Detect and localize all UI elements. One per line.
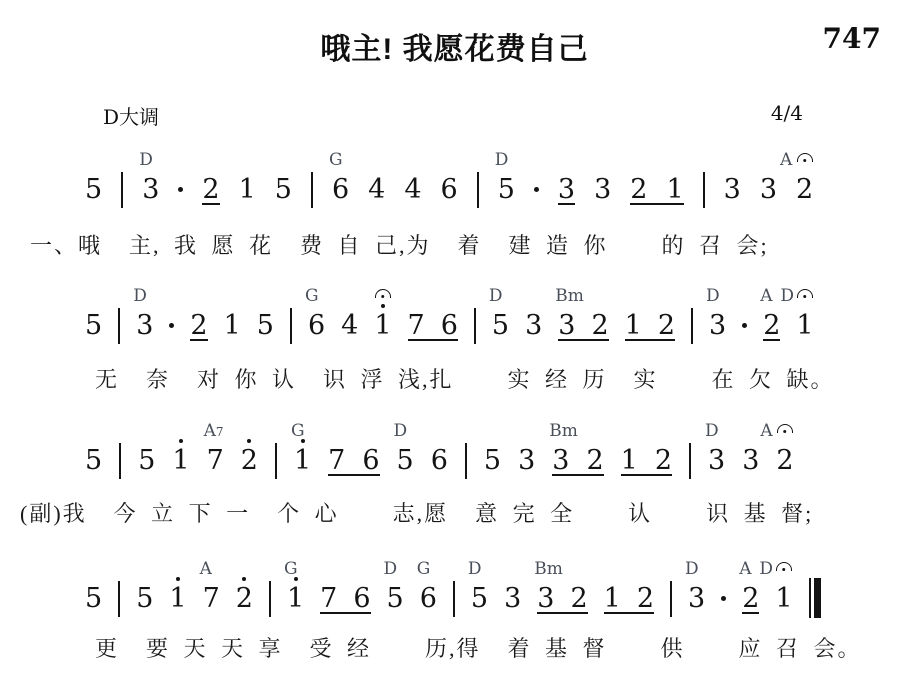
note: 2 [202, 176, 219, 203]
note-digit: 2 [776, 447, 793, 474]
barline [118, 581, 120, 617]
note-digit: 5 [275, 176, 292, 203]
note-group: G6 [420, 585, 437, 612]
note: 1 [169, 585, 186, 612]
chord-char: G [284, 559, 298, 579]
barline [269, 581, 271, 617]
note-digit: 1 [621, 447, 638, 474]
note-group: 3 [594, 176, 611, 203]
note-digit: 5 [136, 585, 153, 612]
note-digit: 1 [169, 585, 186, 612]
note-digit: 5 [484, 447, 501, 474]
fermata-icon [797, 153, 813, 162]
note-group: 4 [368, 176, 385, 203]
note: 3 [742, 447, 759, 474]
chord-char: D [133, 286, 147, 306]
barline [465, 443, 467, 479]
note-digit: 2 [658, 312, 675, 339]
note-digit: 3 [724, 176, 741, 203]
note: A7 [203, 585, 220, 612]
chord-char: m [562, 421, 578, 441]
music-row-4: 551A72G176D5G6D53Bm3212D3A2D1 [85, 578, 821, 612]
note-group: 5 [275, 176, 292, 203]
note: G6 [420, 585, 437, 612]
chord-char: D [139, 150, 153, 170]
note-group: 3 [724, 176, 741, 203]
underline-group: 3 [558, 176, 575, 205]
underline-group: Bm32 [552, 447, 603, 476]
note: 1 [239, 176, 256, 203]
note-group: 4 [341, 312, 358, 339]
note: 2 [637, 585, 654, 612]
note-digit: 1 [294, 447, 311, 474]
chord-label: A [760, 423, 772, 440]
note-group: 2 [236, 585, 253, 612]
barline [290, 308, 292, 344]
hymn-sheet-page: 哦主! 我愿花费自己 747 D大调 4/4 5D3215G6446D53321… [0, 0, 909, 697]
chord-label: D [133, 288, 147, 305]
note-group: 5 [138, 447, 155, 474]
note-digit: 4 [404, 176, 421, 203]
chord-char: A [200, 559, 212, 579]
chord-label: A7 [204, 423, 224, 440]
underline-group: Bm32 [558, 312, 608, 341]
chord-char: G [291, 421, 305, 441]
note: 4 [404, 176, 421, 203]
barline [311, 172, 313, 208]
note-digit: 6 [362, 447, 379, 474]
note: 6 [441, 312, 458, 339]
note-digit: 3 [558, 312, 575, 339]
chord-label: D [685, 561, 699, 578]
barline [670, 581, 672, 617]
note: 1 [374, 312, 391, 339]
note: 3 [558, 176, 575, 203]
note-digit: 7 [320, 585, 337, 612]
note: 5 [257, 312, 274, 339]
note: 2 [570, 585, 587, 612]
chord-label: D [394, 423, 408, 440]
note-group: D5 [492, 312, 509, 339]
time-signature: 4/4 [771, 101, 803, 125]
chord-label: Bm [534, 561, 563, 578]
chord-char: 7 [216, 425, 224, 439]
note-digit: 3 [525, 312, 542, 339]
note: G1 [287, 585, 304, 612]
note: 4 [341, 312, 358, 339]
chord-char: A [780, 150, 792, 170]
note-group: 5 [85, 585, 102, 612]
chord-label: A [780, 152, 792, 169]
note: 2 [236, 585, 253, 612]
note-digit: 2 [796, 176, 813, 203]
chord-label: D [759, 561, 773, 578]
note-group: G6 [308, 312, 325, 339]
note: 6 [362, 447, 379, 474]
note-group: 1 [169, 585, 186, 612]
note-group: D5 [471, 585, 488, 612]
note-group: A2 [796, 176, 813, 203]
barline [703, 172, 705, 208]
fermata-icon [797, 289, 813, 298]
note: D1 [775, 585, 792, 612]
underline-group: A2 [742, 585, 759, 614]
note: 7 [408, 312, 425, 339]
underline-group: 2 [190, 312, 207, 341]
note: D3 [136, 312, 153, 339]
note: 3 [518, 447, 535, 474]
chord-label: D [468, 561, 482, 578]
note: D5 [387, 585, 404, 612]
octave-dot [179, 439, 183, 443]
note-group: 4 [404, 176, 421, 203]
note-digit: 3 [558, 176, 575, 203]
note: 2 [241, 447, 258, 474]
note-group: A2 [776, 447, 793, 474]
hymn-number: 747 [823, 22, 881, 55]
note-group: G1 [294, 447, 311, 474]
lyrics-line-1: 一、哦 主, 我 愿 花 费 自 己,为 着 建 造 你 的 召 会; [30, 233, 769, 259]
note-digit: 1 [796, 312, 813, 339]
note: 5 [275, 176, 292, 203]
chord-char: D [495, 150, 509, 170]
octave-dot [242, 577, 246, 581]
underline-group: 76 [408, 312, 458, 341]
note: 1 [604, 585, 621, 612]
note-digit: 1 [239, 176, 256, 203]
note: Bm3 [558, 312, 575, 339]
note: Bm3 [537, 585, 554, 612]
chord-char: D [394, 421, 408, 441]
barline [119, 443, 121, 479]
chord-label: A [760, 288, 772, 305]
music-row-1: 5D3215G6446D5332133A2 [85, 172, 813, 203]
note-digit: 6 [441, 176, 458, 203]
chord-char: B [549, 421, 562, 441]
note-digit: 1 [604, 585, 621, 612]
note-digit: 3 [537, 585, 554, 612]
note-digit: 2 [763, 312, 780, 339]
note-digit: 1 [224, 312, 241, 339]
note: D1 [796, 312, 813, 339]
chord-char: m [568, 286, 584, 306]
note-digit: 6 [441, 312, 458, 339]
octave-dot [247, 439, 251, 443]
note-digit: 2 [241, 447, 258, 474]
note: 5 [85, 585, 102, 612]
chord-label: D [780, 288, 794, 305]
note-digit: 2 [591, 312, 608, 339]
note-digit: 5 [498, 176, 515, 203]
note-digit: 3 [742, 447, 759, 474]
note-group: 2 [241, 447, 258, 474]
note: 3 [525, 312, 542, 339]
underline-group: 21 [630, 176, 683, 205]
note: 5 [484, 447, 501, 474]
octave-dot [381, 304, 385, 308]
note: 2 [655, 447, 672, 474]
note-digit: 6 [353, 585, 370, 612]
note-digit: 3 [136, 312, 153, 339]
note: D3 [708, 447, 725, 474]
note: 5 [85, 312, 102, 339]
note-group: 3 [760, 176, 777, 203]
note-digit: 7 [328, 447, 345, 474]
note-digit: 5 [85, 585, 102, 612]
note-group: 3 [518, 447, 535, 474]
note-group: 5 [85, 447, 102, 474]
chord-char: D [685, 559, 699, 579]
note-digit: 6 [332, 176, 349, 203]
note-digit: 3 [760, 176, 777, 203]
note: A77 [207, 447, 224, 474]
chord-char: D [706, 286, 720, 306]
note: A2 [776, 447, 793, 474]
note-group: D5 [387, 585, 404, 612]
note-digit: 1 [172, 447, 189, 474]
octave-dot [301, 439, 305, 443]
note: 3 [724, 176, 741, 203]
note-digit: 1 [287, 585, 304, 612]
note: Bm3 [552, 447, 569, 474]
note-digit: 5 [257, 312, 274, 339]
underline-group: 12 [625, 312, 675, 341]
key-signature: D大调 [103, 101, 159, 130]
augmentation-dot [169, 323, 174, 328]
note: 1 [224, 312, 241, 339]
chord-char: D [468, 559, 482, 579]
note: 3 [594, 176, 611, 203]
barline [453, 581, 455, 617]
note-group: 5 [136, 585, 153, 612]
note-digit: 5 [85, 447, 102, 474]
underline-group: 76 [320, 585, 370, 614]
note-digit: 3 [552, 447, 569, 474]
note-digit: 1 [625, 312, 642, 339]
octave-dot [176, 577, 180, 581]
lyrics-line-2: 无 奈 对 你 认 识 浮 浅,扎 实 经 历 实 在 欠 缺。 [95, 367, 835, 393]
note-group: 3 [525, 312, 542, 339]
note-digit: 3 [708, 447, 725, 474]
chord-char: A [760, 286, 772, 306]
note-digit: 6 [431, 447, 448, 474]
note-digit: 2 [630, 176, 647, 203]
note-group: 6 [431, 447, 448, 474]
barline [275, 443, 277, 479]
chord-char: B [534, 559, 547, 579]
chord-label: D [705, 423, 719, 440]
note-group: 1 [224, 312, 241, 339]
note: A2 [763, 312, 780, 339]
note-group: A77 [207, 447, 224, 474]
chord-char: D [780, 286, 794, 306]
note-digit: 1 [666, 176, 683, 203]
note-group: G6 [332, 176, 349, 203]
note-group: D5 [498, 176, 515, 203]
note: 6 [431, 447, 448, 474]
note-digit: 7 [203, 585, 220, 612]
augmentation-dot [534, 187, 539, 192]
barline [121, 172, 123, 208]
note: 7 [320, 585, 337, 612]
lyrics-line-4: 更 要 天 天 享 受 经 历,得 着 基 督 供 应 召 会。 [95, 636, 862, 662]
augmentation-dot [742, 323, 747, 328]
chord-char: G [329, 150, 343, 170]
lyrics-line-3: (副)我 今 立 下 一 个 心 志,愿 意 完 全 认 识 基 督; [20, 501, 813, 527]
chord-label: G [417, 561, 431, 578]
note-digit: 2 [655, 447, 672, 474]
note-group: D1 [796, 312, 813, 339]
note-digit: 4 [368, 176, 385, 203]
underline-group: 12 [621, 447, 672, 476]
note: 5 [85, 176, 102, 203]
note-digit: 3 [518, 447, 535, 474]
note: 5 [138, 447, 155, 474]
fermata-icon [776, 562, 792, 571]
barline [477, 172, 479, 208]
note-group: 5 [85, 176, 102, 203]
note-digit: 5 [85, 312, 102, 339]
note-group: 3 [504, 585, 521, 612]
note-group: D3 [136, 312, 153, 339]
chord-label: G [291, 423, 305, 440]
note: 5 [136, 585, 153, 612]
note: A2 [742, 585, 759, 612]
note-digit: 6 [308, 312, 325, 339]
note-digit: 5 [397, 447, 414, 474]
note-group: 5 [85, 312, 102, 339]
underline-group: Bm32 [537, 585, 587, 614]
note-digit: 2 [236, 585, 253, 612]
note-group: 1 [172, 447, 189, 474]
note: 1 [666, 176, 683, 203]
chord-char: B [555, 286, 568, 306]
chord-label: G [329, 152, 343, 169]
underline-group: 76 [328, 447, 379, 476]
chord-char: D [489, 286, 503, 306]
note-group: 6 [441, 176, 458, 203]
note: A2 [796, 176, 813, 203]
note: D5 [471, 585, 488, 612]
hymn-title: 哦主! 我愿花费自己 [0, 24, 909, 68]
note: 1 [625, 312, 642, 339]
note-group: D3 [708, 447, 725, 474]
note-group: D3 [142, 176, 159, 203]
note: 2 [586, 447, 603, 474]
note: 2 [591, 312, 608, 339]
note: G6 [308, 312, 325, 339]
note-digit: 6 [420, 585, 437, 612]
note-digit: 5 [492, 312, 509, 339]
note: G1 [294, 447, 311, 474]
note-digit: 2 [586, 447, 603, 474]
note: 6 [353, 585, 370, 612]
note-digit: 3 [594, 176, 611, 203]
final-barline-thick [814, 578, 821, 618]
note-digit: 2 [202, 176, 219, 203]
chord-char: A [204, 421, 216, 441]
note-digit: 1 [775, 585, 792, 612]
note-digit: 2 [742, 585, 759, 612]
barline [118, 308, 120, 344]
chord-char: A [760, 421, 772, 441]
chord-char: D [705, 421, 719, 441]
final-barline-thin [809, 578, 811, 618]
chord-label: Bm [555, 288, 584, 305]
note: 3 [504, 585, 521, 612]
fermata-icon [375, 289, 391, 298]
note-digit: 2 [190, 312, 207, 339]
chord-label: D [495, 152, 509, 169]
music-row-2: 5D3215G64176D53Bm3212D3A2D1 [85, 308, 814, 339]
note-group: 3 [742, 447, 759, 474]
note: 5 [85, 447, 102, 474]
chord-label: A [739, 561, 751, 578]
note: D3 [709, 312, 726, 339]
note-digit: 3 [688, 585, 705, 612]
underline-group: 2 [202, 176, 219, 205]
chord-label: D [139, 152, 153, 169]
note: 1 [621, 447, 638, 474]
note: G6 [332, 176, 349, 203]
chord-label: Bm [549, 423, 578, 440]
chord-label: A [200, 561, 212, 578]
note-digit: 4 [341, 312, 358, 339]
chord-char: m [547, 559, 563, 579]
note-digit: 1 [374, 312, 391, 339]
octave-dot [294, 577, 298, 581]
note-group: 1 [374, 312, 391, 339]
note: 2 [658, 312, 675, 339]
note-group: D5 [397, 447, 414, 474]
augmentation-dot [721, 596, 726, 601]
note-group: 1 [239, 176, 256, 203]
music-row-3: 551A772G176D5653Bm3212D33A2 [85, 443, 794, 474]
note: D5 [397, 447, 414, 474]
barline [474, 308, 476, 344]
chord-label: G [305, 288, 319, 305]
note: 6 [441, 176, 458, 203]
note-group: G1 [287, 585, 304, 612]
note-group: D3 [688, 585, 705, 612]
note-digit: 5 [471, 585, 488, 612]
note-group: A7 [203, 585, 220, 612]
note-digit: 5 [387, 585, 404, 612]
underline-group: A2 [763, 312, 780, 341]
final-barline [809, 578, 821, 618]
note: D5 [498, 176, 515, 203]
note-digit: 3 [709, 312, 726, 339]
note-digit: 5 [85, 176, 102, 203]
note-group: 5 [484, 447, 501, 474]
underline-group: 12 [604, 585, 654, 614]
fermata-icon [777, 424, 793, 433]
chord-label: G [284, 561, 298, 578]
note-group: D1 [775, 585, 792, 612]
note-digit: 3 [504, 585, 521, 612]
chord-label: D [384, 561, 398, 578]
chord-char: D [759, 559, 773, 579]
augmentation-dot [178, 187, 183, 192]
note-digit: 5 [138, 447, 155, 474]
note: D3 [688, 585, 705, 612]
chord-char: D [384, 559, 398, 579]
note: 1 [172, 447, 189, 474]
chord-label: D [706, 288, 720, 305]
note-group: D3 [709, 312, 726, 339]
note: D3 [142, 176, 159, 203]
note: 2 [190, 312, 207, 339]
